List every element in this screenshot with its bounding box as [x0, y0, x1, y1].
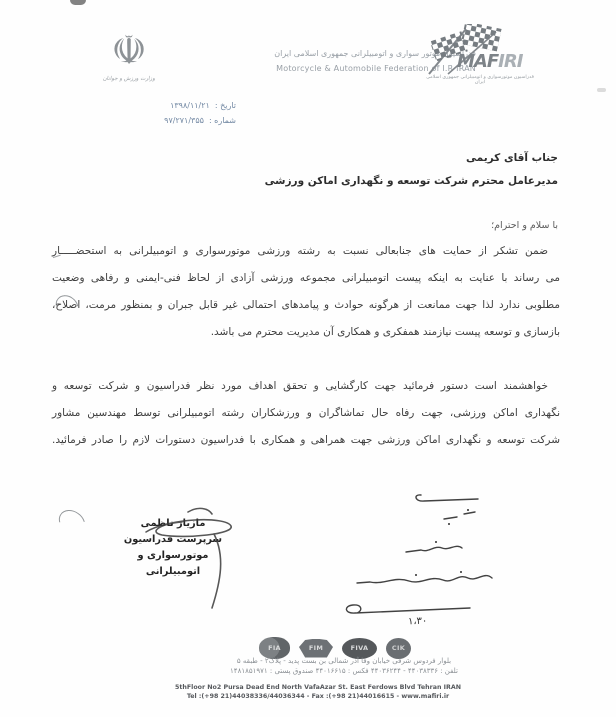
body-line: نگهداری اماکن ورزشی، جهت رفاه حال تماشاگ… — [52, 407, 560, 434]
fim-emblem-label: FIM — [309, 644, 323, 652]
handwritten-annotation-icon — [318, 486, 568, 631]
iran-emblem-icon: ☫ — [96, 28, 162, 74]
letter-body: ضمن تشکر از حمایت های جنابعالی نسبت به ر… — [52, 245, 560, 461]
number-row: شماره :۹۷/۲۷۱/۳۵۵ — [126, 113, 236, 128]
scan-artifact-speck — [597, 88, 606, 92]
footer-contact-farsi: تلفن : ۴۴۰۳۸۳۳۶ - ۴۴۰۳۶۲۴۴ فکس : ۴۴۰۱۶۶۱… — [120, 667, 568, 675]
body-line: شرکت توسعه و نگهداری اماکن ورزشی جهت همر… — [52, 434, 560, 461]
fim-winged-emblem-icon: FIM — [299, 639, 333, 658]
body-paragraph-1: ضمن تشکر از حمایت های جنابعالی نسبت به ر… — [52, 245, 560, 353]
annotation-time-mark: ۱،۳۰ — [408, 616, 428, 628]
recipient-title: مدیرعامل محترم شرکت توسعه و نگهداری اماک… — [265, 170, 558, 193]
body-line: بازسازی و توسعه پیست نیازمند همفکری و هم… — [52, 326, 560, 353]
fiva-emblem-icon: FIVA — [342, 638, 377, 659]
handwritten-signature-icon — [128, 504, 268, 614]
logo-caption: فدراسیون موتورسواری و اتومبیلرانی جمهوری… — [424, 75, 536, 85]
body-paragraph-2: خواهشمند است دستور فرمائید جهت کارگشایی … — [52, 380, 560, 461]
fiva-emblem-label: FIVA — [351, 644, 369, 652]
date-value: ۱۳۹۸/۱۱/۲۱ — [170, 101, 210, 110]
logo-wordmark: MAFIRI — [457, 51, 522, 72]
date-label: تاریخ : — [215, 101, 236, 110]
salutation: با سلام و احترام؛ — [491, 220, 558, 231]
scan-artifact-arc — [54, 505, 90, 539]
logo-wordmark-light: IRI — [498, 51, 522, 72]
letter-meta: تاریخ :۱۳۹۸/۱۱/۲۱ شماره :۹۷/۲۷۱/۳۵۵ — [126, 98, 236, 128]
footer-contact-english: Tel :(+98 21)44038336/44036344 - Fax :(+… — [95, 693, 541, 700]
scan-smudge — [70, 0, 86, 5]
footer-address-farsi: بلوار فردوس شرقی خیابان وفا آذر شمالی بن… — [120, 657, 568, 665]
fia-emblem-icon: FIA — [259, 637, 290, 659]
body-line: می رساند با عنایت به اینکه پیست اتومبیلر… — [52, 272, 560, 299]
body-line: مطلوبی ندارد لذا جهت ممانعت از هرگونه حو… — [52, 299, 560, 326]
cik-emblem-icon: CIK — [386, 638, 411, 659]
cik-emblem-label: CIK — [392, 644, 405, 652]
mafiri-logo: MAFIRI فدراسیون موتورسواری و اتومبیلرانی… — [424, 24, 538, 88]
recipient-name: جناب آقای کریمی — [265, 147, 558, 170]
body-line: ضمن تشکر از حمایت های جنابعالی نسبت به ر… — [52, 245, 560, 272]
number-value: ۹۷/۲۷۱/۳۵۵ — [164, 116, 204, 125]
recipient-block: جناب آقای کریمی مدیرعامل محترم شرکت توسع… — [265, 147, 558, 193]
logo-wordmark-bold: MAF — [457, 51, 498, 72]
footer-address-english: 5thFloor No2 Pursa Dead End North VafaAz… — [95, 684, 541, 691]
fia-emblem-label: FIA — [268, 644, 281, 652]
body-line: خواهشمند است دستور فرمائید جهت کارگشایی … — [52, 380, 560, 407]
ministry-emblem-block: ☫ وزارت ورزش و جوانان — [96, 28, 162, 82]
scanned-letter-page: ☫ وزارت ورزش و جوانان فدراسیون موتور سوا… — [0, 0, 616, 717]
ministry-caption: وزارت ورزش و جوانان — [96, 76, 163, 82]
date-row: تاریخ :۱۳۹۸/۱۱/۲۱ — [126, 98, 236, 113]
number-label: شماره : — [209, 116, 236, 125]
federation-emblems-row: FIA FIM FIVA CIK — [259, 637, 411, 659]
